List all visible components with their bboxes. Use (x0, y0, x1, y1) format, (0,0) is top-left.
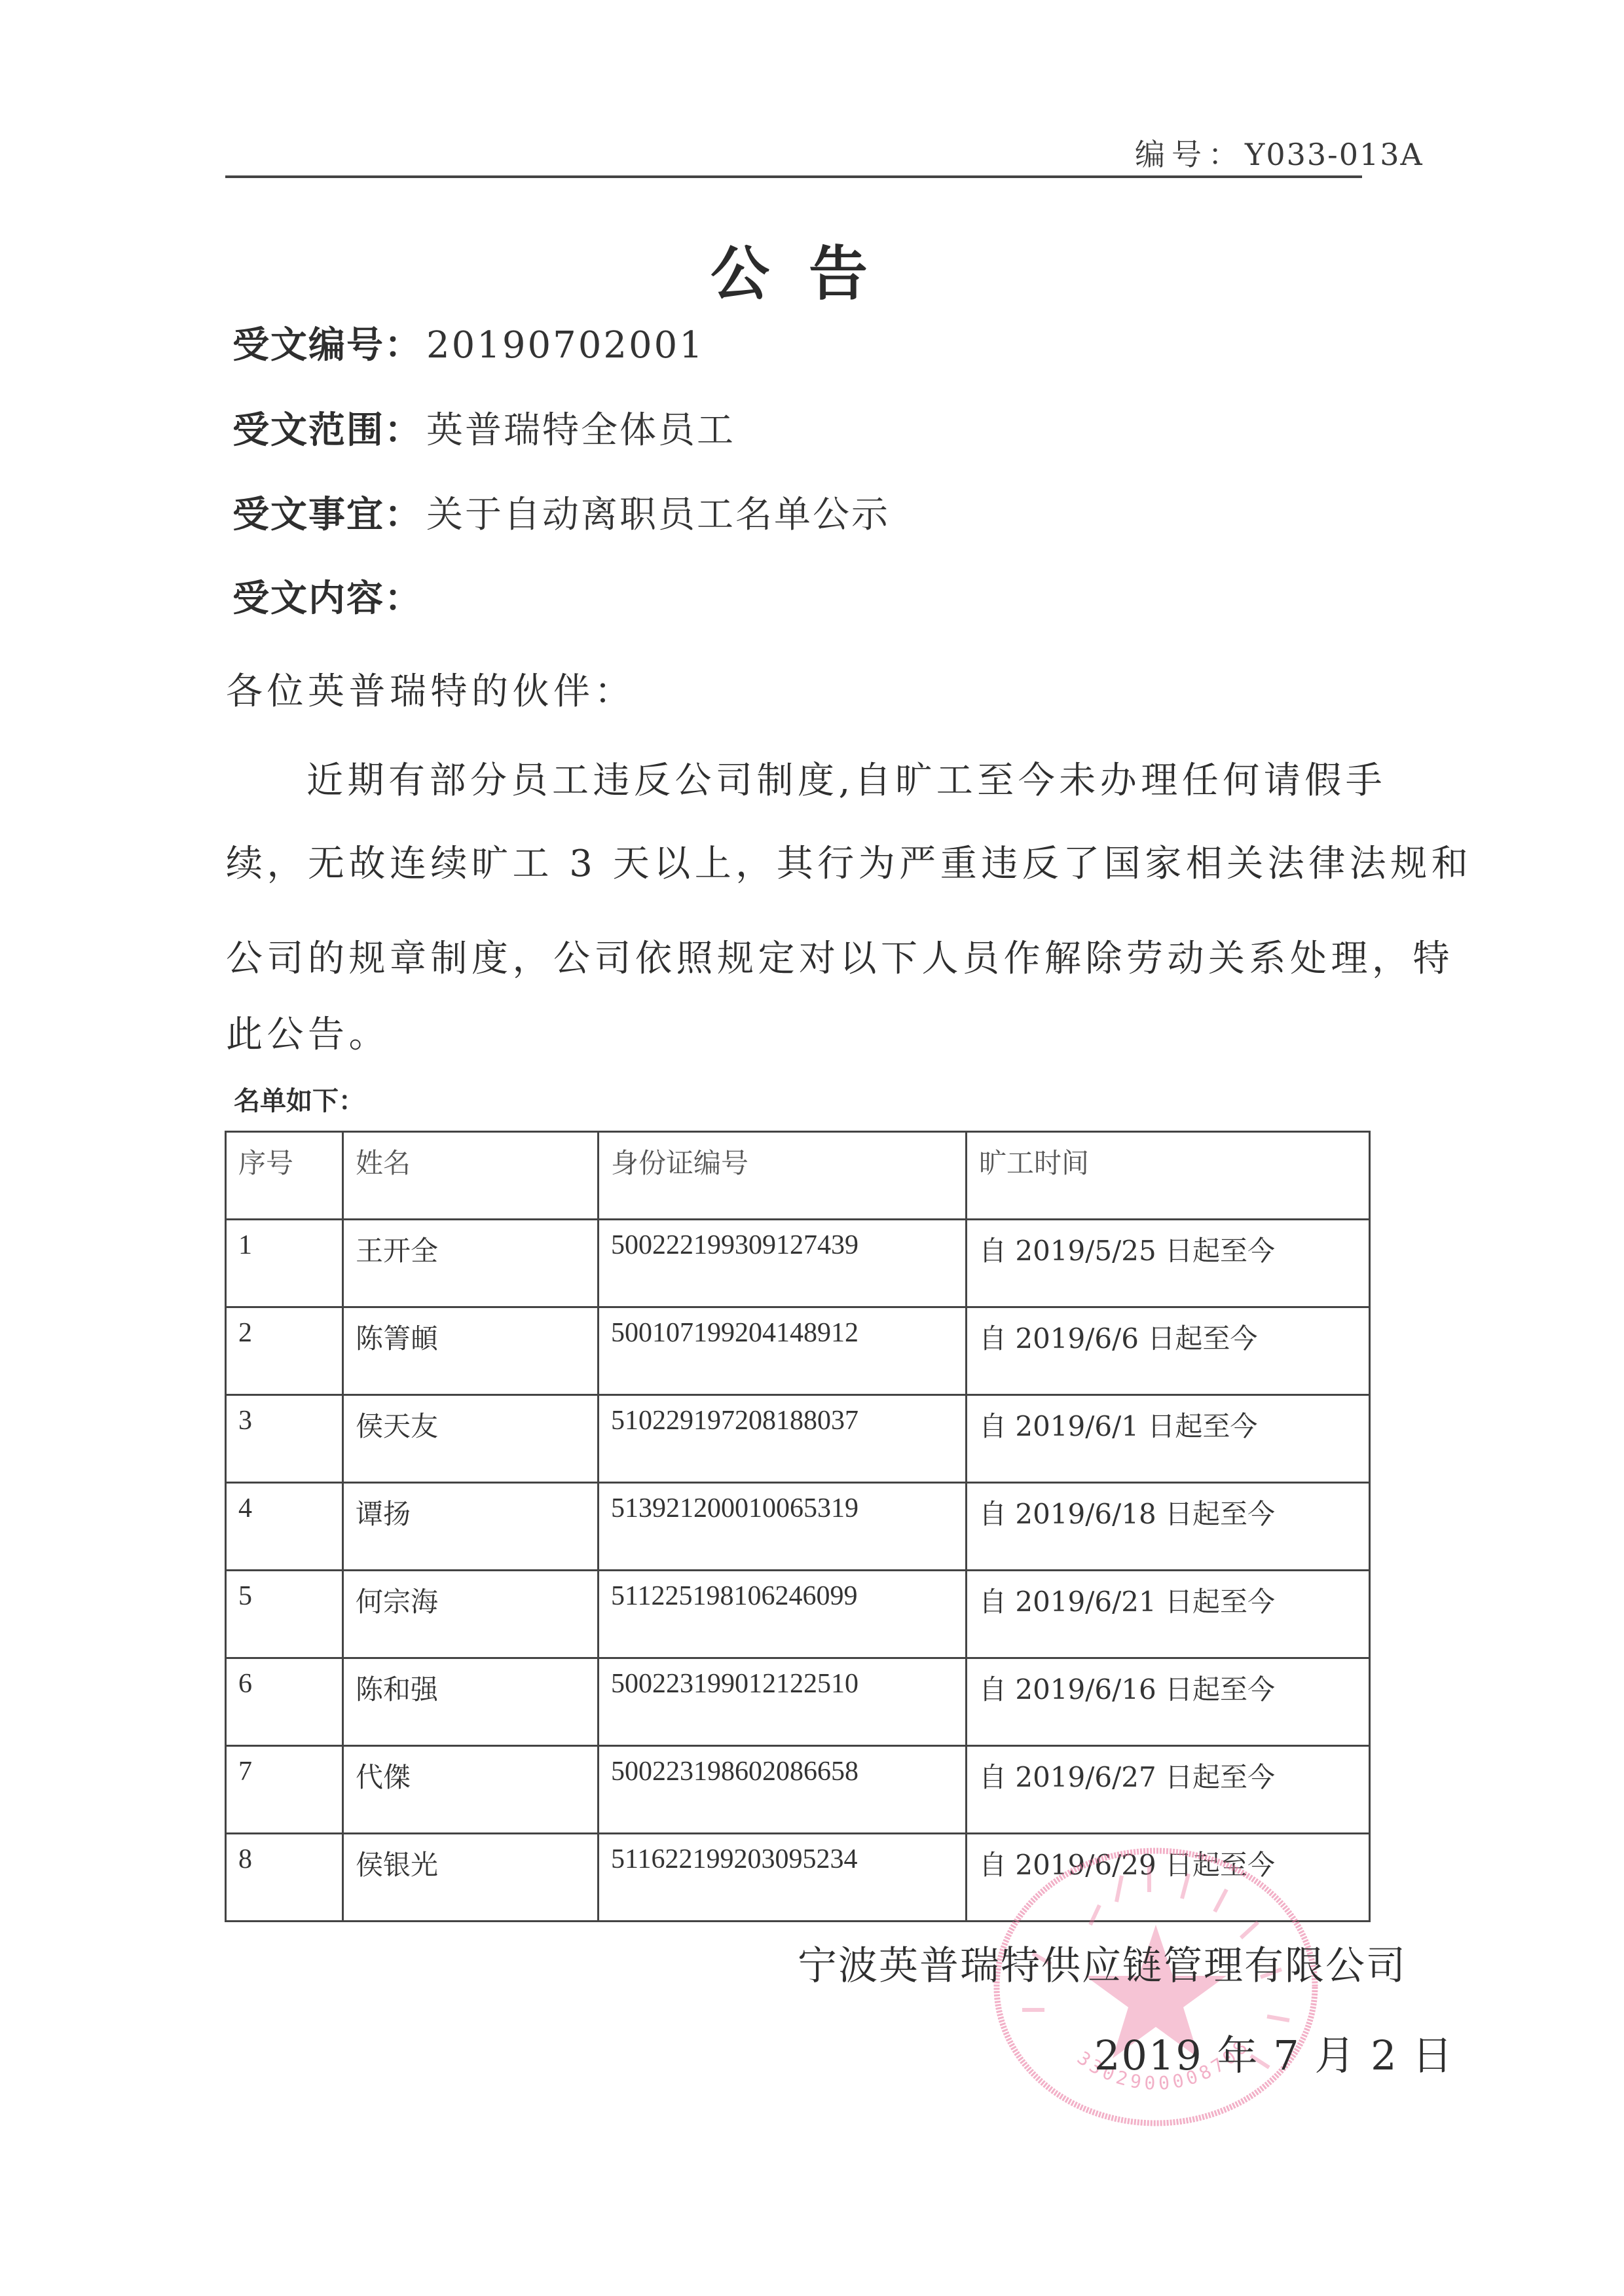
table-row: 8 侯银光 511622199203095234 自 2019/6/29 日起至… (226, 1834, 1370, 1922)
cell-id: 500107199204148912 (599, 1307, 967, 1395)
greeting: 各位英普瑞特的伙伴： (226, 663, 635, 715)
header-name: 姓名 (343, 1132, 599, 1220)
document-code: 编号：Y033-013A (1135, 131, 1424, 174)
meta-scope: 受文范围：英普瑞特全体员工 (232, 408, 735, 454)
meta-content-label: 受文内容： (232, 577, 422, 620)
header-divider (225, 175, 1362, 178)
document-code-label: 编号： (1135, 137, 1245, 172)
document-code-value: Y033-013A (1245, 137, 1424, 172)
cell-name: 侯银光 (343, 1834, 599, 1922)
meta-subject-label: 受文事宜： (232, 494, 422, 536)
issuing-company: 宁波英普瑞特供应链管理有限公司 (798, 1935, 1407, 1991)
cell-absence-time: 自 2019/6/18 日起至今 (967, 1483, 1370, 1571)
header-absence-time: 旷工时间 (967, 1132, 1370, 1220)
cell-absence-time: 自 2019/6/6 日起至今 (967, 1307, 1370, 1395)
body-line-1: 近期有部分员工违反公司制度,自旷工至今未办理任何请假手 (306, 752, 1386, 804)
table-row: 1 王开全 500222199309127439 自 2019/5/25 日起至… (226, 1220, 1370, 1307)
meta-subject-value: 关于自动离职员工名单公示 (426, 494, 890, 536)
cell-absence-time: 自 2019/6/27 日起至今 (967, 1746, 1370, 1834)
cell-id: 500223198602086658 (599, 1746, 967, 1834)
meta-subject: 受文事宜：关于自动离职员工名单公示 (232, 492, 890, 538)
table-header-row: 序号 姓名 身份证编号 旷工时间 (226, 1132, 1370, 1220)
cell-seq: 2 (226, 1307, 343, 1395)
cell-id: 510229197208188037 (599, 1395, 967, 1483)
cell-seq: 8 (226, 1834, 343, 1922)
list-caption: 名单如下： (234, 1080, 365, 1118)
cell-id: 513921200010065319 (599, 1483, 967, 1571)
cell-name: 何宗海 (343, 1571, 599, 1658)
cell-seq: 7 (226, 1746, 343, 1834)
cell-id: 511225198106246099 (599, 1571, 967, 1658)
cell-id: 500222199309127439 (599, 1220, 967, 1307)
meta-number-label: 受文编号： (232, 324, 422, 367)
table-row: 6 陈和强 500223199012122510 自 2019/6/16 日起至… (226, 1658, 1370, 1746)
body-line-4: 此公告。 (226, 1006, 390, 1058)
table-row: 7 代傑 500223198602086658 自 2019/6/27 日起至今 (226, 1746, 1370, 1834)
cell-seq: 1 (226, 1220, 343, 1307)
cell-seq: 3 (226, 1395, 343, 1483)
header-id: 身份证编号 (599, 1132, 967, 1220)
cell-name: 陈箐頔 (343, 1307, 599, 1395)
meta-scope-label: 受文范围： (232, 409, 422, 452)
employee-table: 序号 姓名 身份证编号 旷工时间 1 王开全 50022219930912743… (225, 1131, 1371, 1922)
cell-absence-time: 自 2019/6/1 日起至今 (967, 1395, 1370, 1483)
issue-date: 2019 年 7 月 2 日 (1094, 2023, 1454, 2081)
header-seq: 序号 (226, 1132, 343, 1220)
page-title: 公告 (710, 226, 907, 311)
cell-absence-time: 自 2019/6/29 日起至今 (967, 1834, 1370, 1922)
cell-seq: 4 (226, 1483, 343, 1571)
cell-name: 陈和强 (343, 1658, 599, 1746)
cell-id: 511622199203095234 (599, 1834, 967, 1922)
cell-seq: 6 (226, 1658, 343, 1746)
table-row: 2 陈箐頔 500107199204148912 自 2019/6/6 日起至今 (226, 1307, 1370, 1395)
cell-absence-time: 自 2019/6/16 日起至今 (967, 1658, 1370, 1746)
table-row: 4 谭扬 513921200010065319 自 2019/6/18 日起至今 (226, 1483, 1370, 1571)
cell-name: 谭扬 (343, 1483, 599, 1571)
table-row: 5 何宗海 511225198106246099 自 2019/6/21 日起至… (226, 1571, 1370, 1658)
cell-absence-time: 自 2019/6/21 日起至今 (967, 1571, 1370, 1658)
cell-name: 侯天友 (343, 1395, 599, 1483)
meta-number-value: 20190702001 (426, 324, 705, 367)
body-line-2: 续，无故连续旷工 3 天以上，其行为严重违反了国家相关法律法规和 (226, 835, 1472, 887)
table-row: 3 侯天友 510229197208188037 自 2019/6/1 日起至今 (226, 1395, 1370, 1483)
cell-name: 王开全 (343, 1220, 599, 1307)
meta-scope-value: 英普瑞特全体员工 (426, 409, 735, 452)
cell-name: 代傑 (343, 1746, 599, 1834)
cell-seq: 5 (226, 1571, 343, 1658)
meta-content: 受文内容： (232, 576, 422, 622)
meta-number: 受文编号：20190702001 (232, 323, 705, 369)
body-line-3: 公司的规章制度，公司依照规定对以下人员作解除劳动关系处理，特 (226, 930, 1454, 982)
cell-absence-time: 自 2019/5/25 日起至今 (967, 1220, 1370, 1307)
cell-id: 500223199012122510 (599, 1658, 967, 1746)
